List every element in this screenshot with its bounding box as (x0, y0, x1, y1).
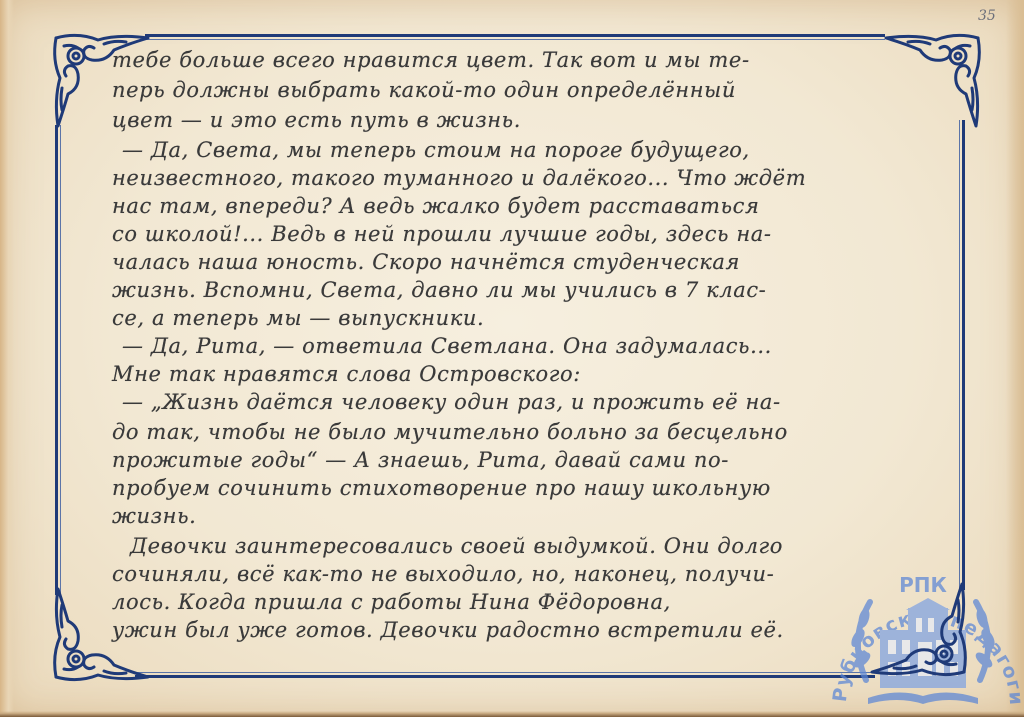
text-line: ужин был уже готов. Девочки радостно вст… (112, 618, 784, 642)
ornament-corner-top-right-icon (876, 30, 986, 130)
text-line: тебе больше всего нравится цвет. Так вот… (112, 48, 750, 72)
text-line: со школой!... Ведь в ней прошли лучшие г… (112, 222, 772, 246)
text-line: перь должны выбрать какой-то один опреде… (112, 78, 736, 102)
frame-right-line (962, 120, 965, 590)
frame-top-line (145, 34, 885, 37)
text-line: — „Жизнь даётся человеку один раз, и про… (122, 390, 781, 414)
text-line: Девочки заинтересовались своей выдумкой.… (130, 534, 783, 558)
text-line: — Да, Рита, — ответила Светлана. Она зад… (122, 334, 772, 358)
frame-right-line-thin (959, 120, 960, 590)
text-line: лось. Когда пришла с работы Нина Фёдоров… (112, 590, 671, 614)
frame-bottom-line (135, 675, 875, 678)
ornament-corner-bottom-right-icon (862, 580, 972, 680)
frame-left-line (55, 125, 58, 595)
page-number: 35 (978, 8, 996, 24)
text-line: нас там, впереди? А ведь жалко будет рас… (112, 194, 759, 218)
text-line: жизнь. (112, 504, 196, 528)
frame-left-line-thin (60, 125, 61, 595)
text-line: чалась наша юность. Скоро начнётся студе… (112, 250, 740, 274)
frame-bottom-line-thin (135, 672, 875, 673)
text-line: сочиняли, всё как-то не выходило, но, на… (112, 562, 774, 586)
text-line: неизвестного, такого туманного и далёког… (112, 166, 806, 190)
text-line: до так, чтобы не было мучительно больно … (112, 420, 788, 444)
text-line: прожитые годы“ — А знаешь, Рита, давай с… (112, 448, 729, 472)
frame-top-line-thin (145, 39, 885, 40)
manuscript-page: 35 (0, 0, 1024, 717)
text-line: пробуем сочинить стихотворение про нашу … (112, 476, 771, 500)
text-line: жизнь. Вспомни, Света, давно ли мы учили… (112, 278, 766, 302)
text-line: Мне так нравятся слова Островского: (112, 362, 581, 386)
page-left-edge (0, 0, 14, 717)
text-line: цвет — и это есть путь в жизнь. (112, 108, 521, 132)
text-line: — Да, Света, мы теперь стоим на пороге б… (122, 138, 750, 162)
text-line: се, а теперь мы — выпускники. (112, 306, 484, 330)
